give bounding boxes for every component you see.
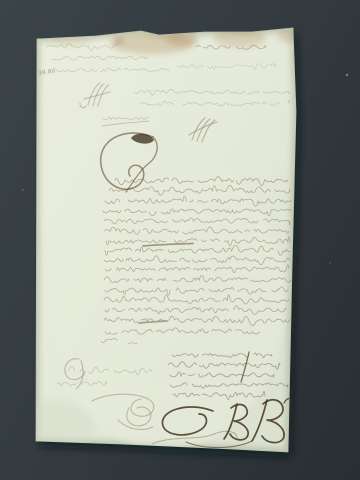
manuscript-photo: 39.8a	[0, 0, 360, 480]
